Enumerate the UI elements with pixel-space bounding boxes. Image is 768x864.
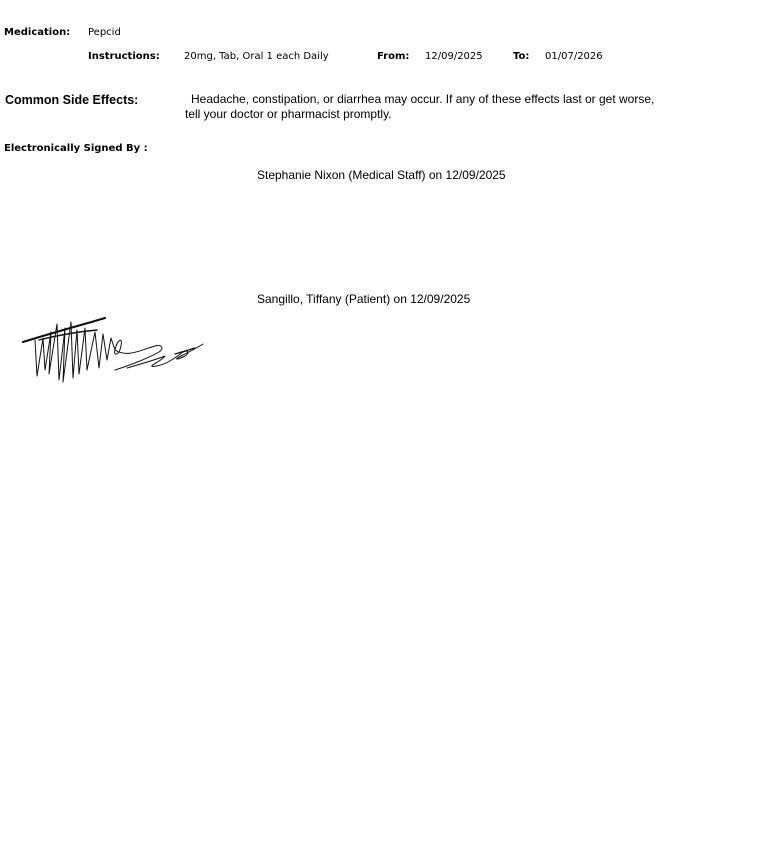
medication-label: Medication: [4, 27, 70, 38]
instructions-value: 20mg, Tab, Oral 1 each Daily [184, 51, 329, 62]
instructions-label: Instructions: [88, 51, 160, 62]
medication-value: Pepcid [88, 27, 121, 38]
medication-document: Medication: Pepcid Instructions: 20mg, T… [0, 0, 768, 864]
from-label: From: [377, 51, 409, 62]
to-label: To: [513, 51, 529, 62]
from-date: 12/09/2025 [425, 51, 483, 62]
patient-signer: Sangillo, Tiffany (Patient) on 12/09/202… [257, 292, 470, 306]
electronically-signed-label: Electronically Signed By : [4, 143, 148, 154]
to-date: 01/07/2026 [545, 51, 603, 62]
side-effects-label: Common Side Effects: [5, 93, 138, 107]
staff-signer: Stephanie Nixon (Medical Staff) on 12/09… [257, 168, 506, 182]
signature-image [15, 310, 215, 390]
side-effects-text: Headache, constipation, or diarrhea may … [185, 92, 655, 122]
